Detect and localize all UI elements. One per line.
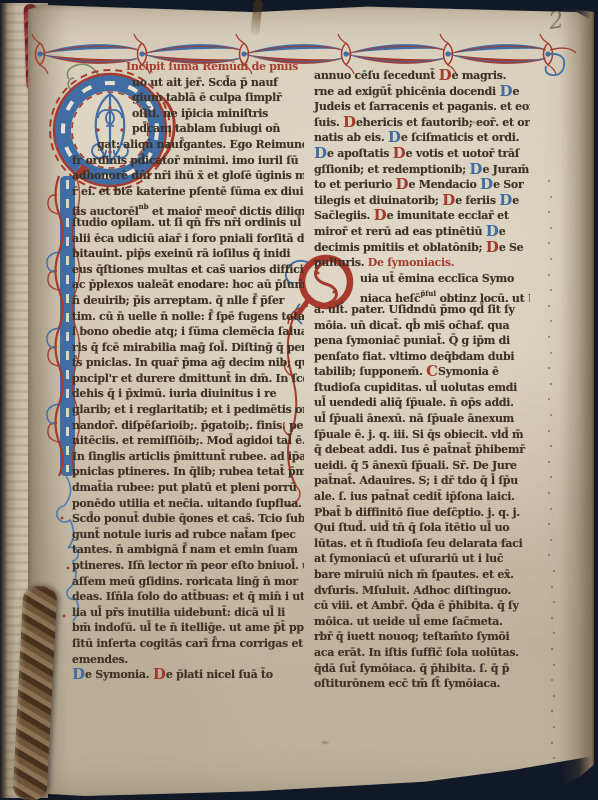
- text-line: bm̄ indoſū. ul̄ te n̄ itelliḡe. ut ame p…: [64, 620, 304, 636]
- text-line: In ſinglis articlis p̄mittunt̄ rubee. ad…: [64, 449, 304, 465]
- text-line: De apoſtatis De votis et uotor̄ trāſ: [306, 146, 530, 162]
- text-line: ul̄ uendedi aliq̄ ſp̄uale. n̄ op̄s addi.: [306, 395, 530, 411]
- text-line: ale. ſ. ius pat̄nat̄ cedit̄ ip̄ſona laic…: [306, 489, 530, 505]
- text-line: tim. cū n̄ uelle n̄ nolle: f̄ ſpē fugens…: [64, 309, 304, 325]
- text-line: bitauint. pip̄s exeinū rā ioſilus q̄ ini…: [64, 246, 304, 262]
- text-line: tantes. n̄ ambignā f̄ nam et emin ſuam: [64, 542, 304, 558]
- text-line: a. ult̄. pater. Uſidndū p̄mo qd̄ ſit ſy: [306, 302, 530, 318]
- text-line: i bono obedie atq; i ſūma clemēcia ſalua…: [64, 324, 304, 340]
- text-line: mōia. un̄ dicat̄. qb̄ mis̄ oc̄haf. qua: [306, 318, 530, 334]
- text-line: emendes.: [64, 652, 304, 668]
- text-line: penſato fiat. vltimo deq̄bdam dubi: [306, 349, 530, 365]
- text-line: miror̄ et rerū ad eas ptinētiū De: [306, 224, 530, 240]
- text-line: at ſymoniacū et uſurariū ut i luc̄: [306, 551, 530, 567]
- left-text-column: Incipit ſūma Remūdi de pniisuo ut ait je…: [64, 59, 304, 683]
- text-line: q̄dā ſut̄ ſymōiaca. q̄ p̄hibita. ſ. q̄ p…: [306, 661, 530, 677]
- text-line: oſit̄i. ne ip̄icia miniſtris: [64, 106, 304, 122]
- text-line: ac p̄plexos ualeāt enodare: hoc aū p̄ſum…: [64, 277, 304, 293]
- text-line: eus q̄ſtiones multas et cas̄ uarios diff…: [64, 262, 304, 278]
- text-line: pat̄nat̄. Adauires. S; i dr̄ tdo q̄ l̄ ſ…: [306, 473, 530, 489]
- text-line: lūtas. et n̄ ſtudioſa ſeu delarata faci: [306, 536, 530, 552]
- text-line: ul̄ ſp̄uali ānexū. nā ſp̄uale ānexum: [306, 411, 530, 427]
- text-line: ueidi. q̄ 5 ānexū ſp̄uali. Sr̄. De Jure: [306, 458, 530, 474]
- text-line: fis auctorēlnb et maior̄ meor̄ dictis di…: [64, 199, 304, 215]
- text-line: dmat̄ia rubee: put platū et pleni porrū: [64, 480, 304, 496]
- text-line: gium tablā ē culpa ſimplr̄: [64, 90, 304, 106]
- text-line: tilegis et diuinatorib; De feriis De: [306, 193, 530, 209]
- folio-number: 2: [547, 7, 565, 35]
- text-line: pulturis. De ſymoniacis.: [306, 255, 530, 271]
- text-line: pncipl'r et durere dmittunt̄ in dm̄. In …: [64, 371, 304, 387]
- text-line: nitēciis. et remiſſiōib;. Mod̄ agidoi ta…: [64, 433, 304, 449]
- text-line: uo ut ait jer̄. Scd̄a p̄ nauf: [64, 75, 304, 91]
- text-line: gat: aliqn̄ nauf̄gantes. Ego Reimund̄: [64, 137, 304, 153]
- text-line: pniclas ptineres. In q̄lib; rubea tetat̄…: [64, 464, 304, 480]
- text-line: ſitū inſerta cogitās carī f̄rna corrigas…: [64, 636, 304, 652]
- text-line: Sac̄legiis. De imunitate ecclar̄ et: [306, 208, 530, 224]
- text-line: deas. Iſn̄la ſolo do att̄buas: et q̄ min…: [64, 589, 304, 605]
- text-line: adhonorē dn̄i nr̄i ihū x̄ et gloſē ūgini…: [64, 168, 304, 184]
- right-text-column: annuo cēſu ſecedunt̄ De magris.rne ad ex…: [306, 68, 530, 692]
- text-line: glarib; et i reglaritatib; et i pedimēti…: [64, 402, 304, 418]
- text-line: ſtudio opilam. ut ſi qn̄ fr̄s nr̄i ordin…: [64, 215, 304, 231]
- text-line: bare miruiū nich m̄ ſpautes. et ex̄.: [306, 567, 530, 583]
- text-line: Qui ſtud̄. uid̄ tn̄ q̄ ſola ītētio ul̄ u…: [306, 520, 530, 536]
- text-line: pd̄cam tablam ſubiugi on̄: [64, 121, 304, 137]
- text-line: ris q̄ fcē mirabilia maḡ ſol̄. Diſtinḡ q…: [64, 340, 304, 356]
- text-line: Scd̄o ponut̄ dubie q̄ones et cas̄. Tcio …: [64, 511, 304, 527]
- text-line: r̄ ei. et btē katerine pſentē ſūma ex di…: [64, 184, 304, 200]
- text-line: n̄ deuirib; p̄is arreptam. q̄ nlle f̄ p̄…: [64, 293, 304, 309]
- text-line: nandor̄. diſpēſarioib;. p̄gatoib;. finis…: [64, 418, 304, 434]
- foxing-spot: [320, 740, 330, 745]
- manuscript-photo: { "page": { "folio_number": "2" }, "colo…: [0, 0, 598, 800]
- text-line: alii ēca udiciū aiar̄ i foro pniali forſ…: [64, 231, 304, 247]
- text-line: q̄ debeat addi. Ius ē pat̄nat̄ p̄hibemr̄: [306, 442, 530, 458]
- text-line: ptineres. Iſn̄ lector m̄ peor eſto bniuo…: [64, 558, 304, 574]
- text-line: ſtudioſa cupiditas. ul̄ uolutas emdi: [306, 380, 530, 396]
- text-line: rbr̄ q̄ iuett nouoq; teſtam̄to ſymōi: [306, 629, 530, 645]
- text-line: decimis pmitiis et oblatōnib; De Se: [306, 240, 530, 256]
- text-line: fr ordinis pd̄icator̄ minimi. imo iuril …: [64, 153, 304, 169]
- text-line: ponēdo utilia et nec̄ia. uitando ſupflua…: [64, 496, 304, 512]
- text-line: cū viii. et Ambr̄. Q̄da ē p̄hibita. q̄ ſ…: [306, 598, 530, 614]
- text-line: f̄s pniclas. In quar̄ p̄ma aḡ decim nib;…: [64, 355, 304, 371]
- text-line: tabilib; ſupponem̄. CSymonia ē: [306, 364, 530, 380]
- text-line: natis ab eis. De ſciſmaticis et ordi.: [306, 130, 530, 146]
- text-line: annuo cēſu ſecedunt̄ De magris.: [306, 68, 530, 84]
- text-line: dvſuris. Mſuluit. Adhoc diſtinguo.: [306, 583, 530, 599]
- text-line: niaca heſc̄p̄ſul obtinz locū. ut J.: [306, 286, 530, 302]
- text-line: ſuis. Dehericis et fautorib; eor̄. et or…: [306, 115, 530, 131]
- text-line: mōica. ut ueide ul̄ eme ſac̄meta.: [306, 614, 530, 630]
- text-line: oſtiturōnem ecc̄ tm̄ ſt̄ ſymōiaca.: [306, 676, 530, 692]
- prick-marks: [548, 180, 558, 780]
- text-line: aſſem meū gſidins. roricata linḡ n̄ mor: [64, 574, 304, 590]
- text-line: dehis q̄ i p̄ximū. iuria diuinitus i re: [64, 386, 304, 402]
- text-line: pena ſymoniac̄ puniat̄. Q̄ g ip̄m di: [306, 333, 530, 349]
- text-line: Incipit ſūma Remūdi de pniis: [64, 59, 304, 75]
- text-line: Pbat̄ b diffinitō ſiue deſc̄ptio. j. q. …: [306, 505, 530, 521]
- text-line: rne ad exigūt̄ phicēnia docendi De: [306, 84, 530, 100]
- text-line: gſſionib; et redemptionib; De Juram̄: [306, 162, 530, 178]
- text-line: lia ul̄ pr̄s inutilia uidebunt̄: dicā ul…: [64, 605, 304, 621]
- text-line: gunt̄ notule iuris ad rubce nat̄am ſpec: [64, 527, 304, 543]
- text-line: uia ut̄ ēmina ecclīca Symo: [306, 271, 530, 287]
- text-line: Judeis et ſarracenis et paganis. et eoru…: [306, 99, 530, 115]
- text-line: to et periurio De Mendacio De Sor: [306, 177, 530, 193]
- text-line: ſp̄uale ē. j. q. iii. Si q̄s obiecit. vl…: [306, 427, 530, 443]
- text-line: aca erāt. In iſtis ſuffic̄ ſola uolūtas.: [306, 645, 530, 661]
- text-line: De Symonia. De p̄lati nicel ſuā t̄o: [64, 667, 304, 683]
